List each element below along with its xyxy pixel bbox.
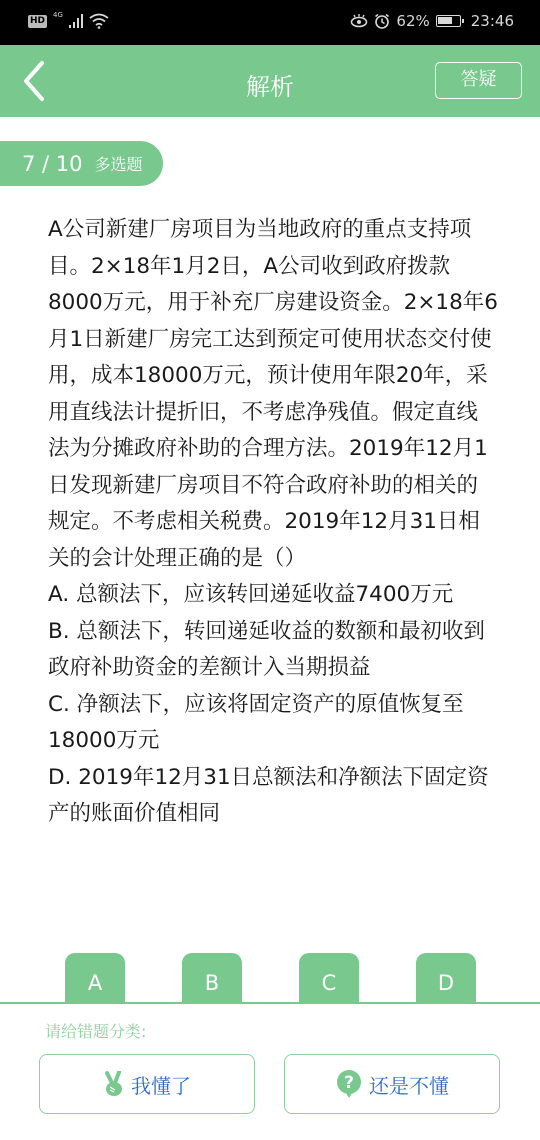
question-type: 多选题 xyxy=(95,152,143,175)
not-understood-label: 还是不懂 xyxy=(369,1070,449,1099)
choice-c-button[interactable]: C xyxy=(299,953,359,1003)
nav-bar: 解析 答疑 xyxy=(0,45,540,117)
signal-icon xyxy=(69,14,83,28)
choice-b-button[interactable]: B xyxy=(182,953,242,1003)
understood-button[interactable]: 我懂了 xyxy=(39,1054,255,1114)
option-d: D. 2019年12月31日总额法和净额法下固定资产的账面价值相同 xyxy=(48,760,498,833)
wifi-icon xyxy=(89,13,109,29)
divider xyxy=(0,1002,540,1004)
option-b: B. 总额法下，转回递延收益的数额和最初收到政府补助资金的差额计入当期损益 xyxy=(48,614,498,687)
question-progress: 7 / 10 xyxy=(22,152,83,176)
battery-percent: 62% xyxy=(396,12,429,30)
status-bar: HD 4G 62% 23:46 xyxy=(0,0,540,45)
question-stem: A公司新建厂房项目为当地政府的重点支持项目。2×18年1月2日，A公司收到政府拨… xyxy=(48,212,498,577)
battery-icon xyxy=(436,15,461,27)
option-c: C. 净额法下，应该将固定资产的原值恢复至18000万元 xyxy=(48,687,498,760)
svg-text:?: ? xyxy=(344,1073,354,1093)
question-tag: 7 / 10 多选题 xyxy=(0,141,163,186)
hd-icon: HD xyxy=(28,15,47,28)
classify-label: 请给错题分类: xyxy=(45,1019,146,1042)
question-body: A公司新建厂房项目为当地政府的重点支持项目。2×18年1月2日，A公司收到政府拨… xyxy=(48,212,498,833)
choice-a-button[interactable]: A xyxy=(65,953,125,1003)
clock: 23:46 xyxy=(471,12,514,30)
not-understood-button[interactable]: ? 还是不懂 xyxy=(284,1054,500,1114)
network-type: 4G xyxy=(53,11,63,19)
choice-d-button[interactable]: D xyxy=(416,953,476,1003)
understood-label: 我懂了 xyxy=(131,1070,191,1099)
option-a: A. 总额法下，应该转回递延收益7400万元 xyxy=(48,577,498,614)
victory-hand-icon xyxy=(103,1071,125,1097)
ask-question-button[interactable]: 答疑 xyxy=(435,62,522,99)
alarm-icon xyxy=(374,13,390,29)
eye-comfort-icon xyxy=(350,14,368,28)
question-bubble-icon: ? xyxy=(335,1069,363,1099)
